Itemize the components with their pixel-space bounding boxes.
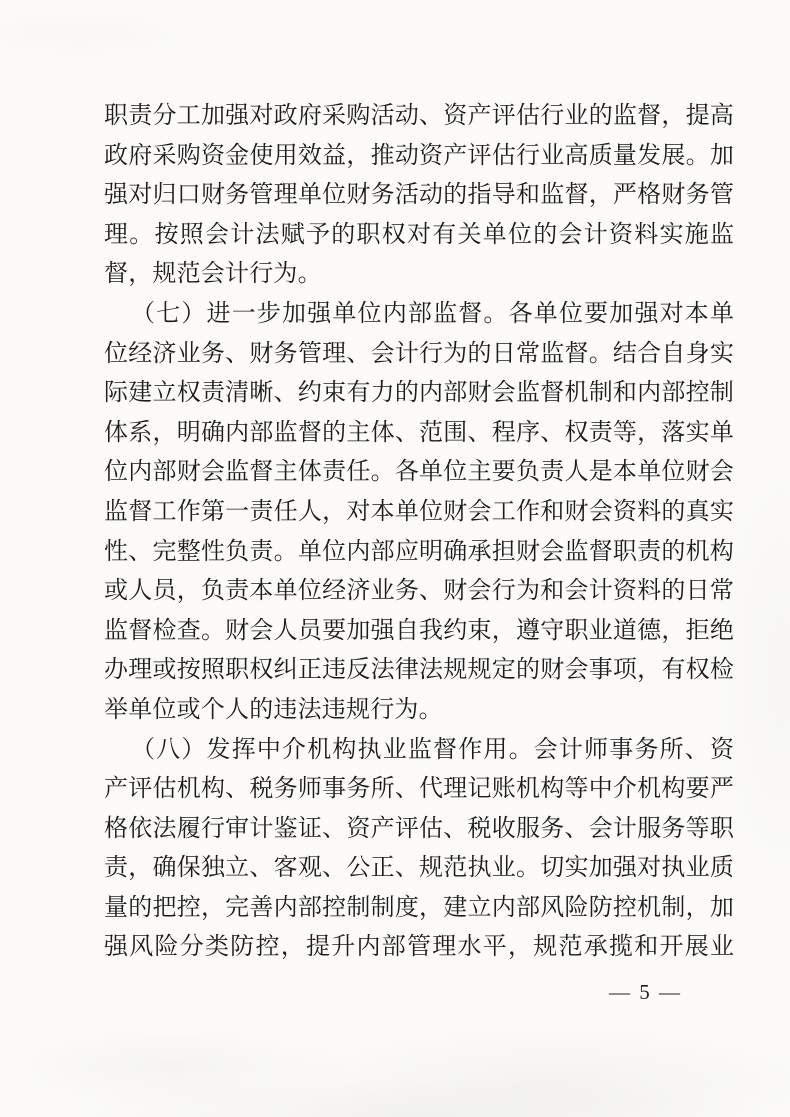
text-line: 性、完整性负责。单位内部应明确承担财会监督职责的机构 — [104, 533, 734, 573]
text-line: 举单位或个人的违法违规行为。 — [104, 691, 734, 731]
text-line: 强对归口财务管理单位财务活动的指导和监督，严格财务管 — [104, 176, 734, 216]
text-line: 强风险分类防控，提升内部管理水平，规范承揽和开展业 — [104, 928, 734, 968]
text-line: 政府采购资金使用效益，推动资产评估行业高质量发展。加 — [104, 137, 734, 177]
text-line: 监督工作第一责任人，对本单位财会工作和财会资料的真实 — [104, 493, 734, 533]
text-line: 产评估机构、税务师事务所、代理记账机构等中介机构要严 — [104, 770, 734, 810]
text-line: 督，规范会计行为。 — [104, 255, 734, 295]
text-line: 位经济业务、财务管理、会计行为的日常监督。结合自身实 — [104, 335, 734, 375]
text-line: 办理或按照职权纠正违反法律法规规定的财会事项，有权检 — [104, 651, 734, 691]
paragraph: 职责分工加强对政府采购活动、资产评估行业的监督，提高政府采购资金使用效益，推动资… — [104, 97, 734, 295]
text-line: 监督检查。财会人员要加强自我约束，遵守职业道德，拒绝 — [104, 612, 734, 652]
text-line: 量的把控，完善内部控制制度，建立内部风险防控机制，加 — [104, 889, 734, 929]
text-line: 格依法履行审计鉴证、资产评估、税收服务、会计服务等职 — [104, 810, 734, 850]
paragraph: （七）进一步加强单位内部监督。各单位要加强对本单位经济业务、财务管理、会计行为的… — [104, 295, 734, 731]
paragraph: （八）发挥中介机构执业监督作用。会计师事务所、资产评估机构、税务师事务所、代理记… — [104, 731, 734, 969]
scanned-document-page: 职责分工加强对政府采购活动、资产评估行业的监督，提高政府采购资金使用效益，推动资… — [0, 0, 790, 1117]
document-body: 职责分工加强对政府采购活动、资产评估行业的监督，提高政府采购资金使用效益，推动资… — [104, 97, 734, 968]
text-line: 体系，明确内部监督的主体、范围、程序、权责等，落实单 — [104, 414, 734, 454]
text-line: 理。按照会计法赋予的职权对有关单位的会计资料实施监 — [104, 216, 734, 256]
text-line: 职责分工加强对政府采购活动、资产评估行业的监督，提高 — [104, 97, 734, 137]
text-line: 或人员，负责本单位经济业务、财会行为和会计资料的日常 — [104, 572, 734, 612]
text-line: 位内部财会监督主体责任。各单位主要负责人是本单位财会 — [104, 453, 734, 493]
text-line: 际建立权责清晰、约束有力的内部财会监督机制和内部控制 — [104, 374, 734, 414]
page-number: — 5 — — [609, 980, 682, 1005]
text-line: （七）进一步加强单位内部监督。各单位要加强对本单 — [104, 295, 734, 335]
text-line: 责，确保独立、客观、公正、规范执业。切实加强对执业质 — [104, 849, 734, 889]
text-line: （八）发挥中介机构执业监督作用。会计师事务所、资 — [104, 731, 734, 771]
